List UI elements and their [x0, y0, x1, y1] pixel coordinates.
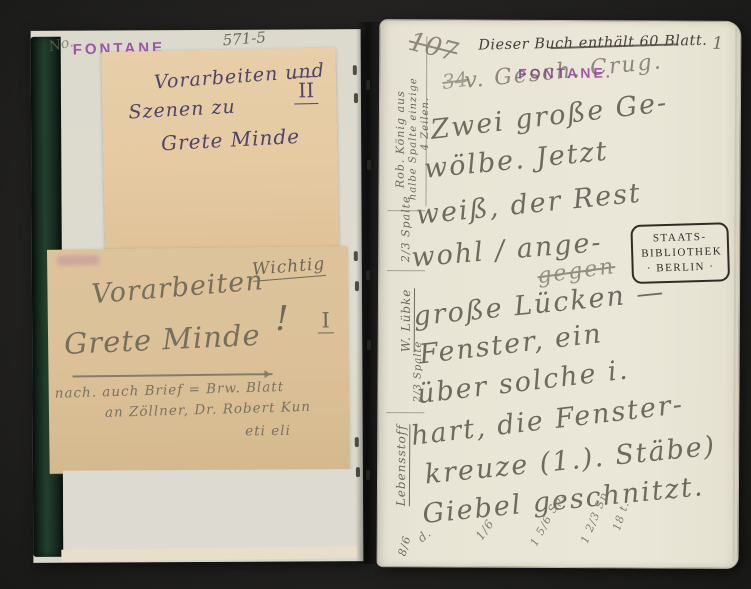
margin-note: halbe Spalte einzige — [407, 77, 419, 200]
handwriting-line: Zwei große Ge- — [429, 87, 670, 146]
margin-rule — [386, 412, 424, 413]
label-lower-title: Vorarbeiten — [90, 265, 264, 310]
library-stamp: STAATS- BIBLIOTHEK · BERLIN · — [630, 222, 730, 283]
page-number: 1 — [712, 34, 723, 54]
label-lower: Vorarbeiten Wichtig Grete Minde ! I nach… — [47, 246, 350, 474]
gutter-stitch — [366, 470, 370, 480]
page-bottom-edge — [61, 546, 357, 562]
label-lower-exclamation: ! — [275, 299, 290, 339]
label-lower-wichtig: Wichtig — [251, 254, 326, 282]
manuscript-scan: { "scan": { "left_page": { "stamp": "FON… — [0, 0, 751, 589]
library-stamp-line3: · BERLIN · — [641, 259, 719, 276]
gutter-stitch — [366, 270, 370, 280]
crossed-scribble: 107 — [405, 27, 461, 68]
label-lower-numeral: I — [317, 308, 334, 333]
shelfmark: 571-5 — [222, 28, 266, 49]
margin-note: 8/6 — [396, 534, 414, 557]
margin-rule — [387, 270, 425, 271]
margin-note: 2/3 Spalte — [399, 195, 412, 262]
margin-note: 2/3 Spalte — [412, 341, 423, 403]
label-upper-numeral: II — [294, 76, 318, 104]
handwriting-line: v. Gesch. Crug. — [463, 49, 663, 94]
label-lower-note2: an Zöllner, Dr. Robert Kun — [105, 399, 311, 421]
label-upper-line3: Grete Minde — [160, 124, 300, 155]
label-upper: Vorarbeiten und Szenen zu Grete Minde II — [101, 48, 339, 254]
label-lower-note1: nach. auch Brief = Brw. Blatt — [55, 379, 285, 402]
margin-note: Rob. König aus — [394, 90, 408, 188]
handwriting-line: weiß, der Rest — [414, 178, 643, 231]
gutter-stitch — [367, 340, 371, 350]
divider-arrow-line — [73, 373, 273, 377]
label-lower-subject: Grete Minde — [63, 318, 261, 361]
gutter-stitch — [366, 80, 370, 90]
label-lower-note3: eti eli — [245, 423, 291, 440]
margin-note: 4 Zeilen. — [420, 97, 431, 150]
base-paper-strip — [63, 469, 355, 551]
margin-note: Lebensstoff — [394, 424, 410, 506]
label-upper-line2: Szenen zu — [128, 96, 236, 124]
right-page: 107 34 Dieser Buch enthält 60 Blatt. 1 F… — [377, 19, 742, 569]
gutter-stitch — [367, 160, 371, 170]
faint-stamp-residue — [57, 255, 99, 266]
left-page: No. FONTANE 571-5 Vorarbeiten und Szenen… — [31, 29, 364, 563]
